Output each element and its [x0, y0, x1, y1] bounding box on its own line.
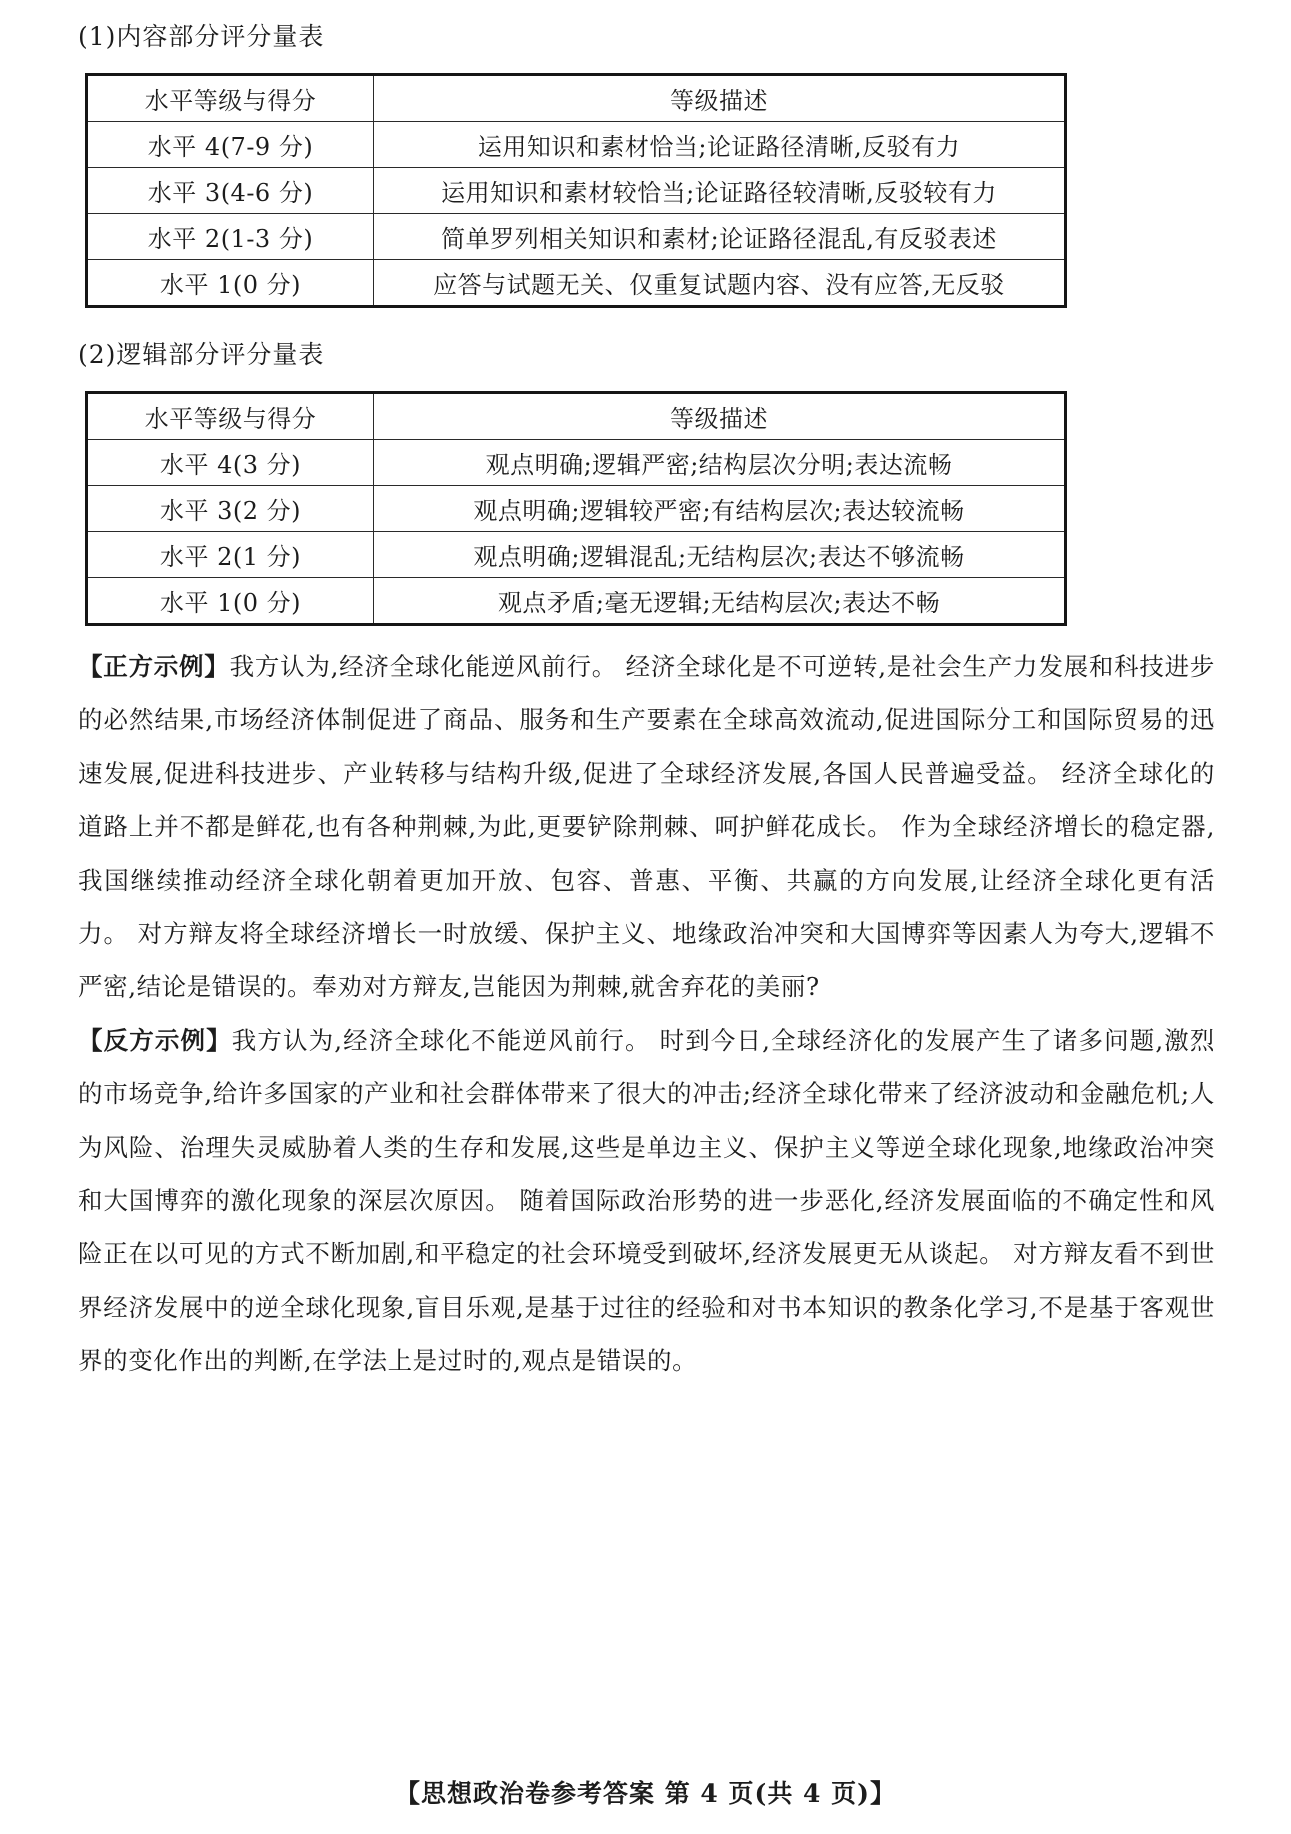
table-row: 水平 1(0 分) 观点矛盾;毫无逻辑;无结构层次;表达不畅 [87, 578, 1066, 625]
description-cell: 观点明确;逻辑较严密;有结构层次;表达较流畅 [374, 486, 1066, 532]
description-cell: 应答与试题无关、仅重复试题内容、没有应答,无反驳 [374, 260, 1066, 307]
logic-rubric-heading: (2)逻辑部分评分量表 [78, 339, 1215, 371]
description-cell: 观点矛盾;毫无逻辑;无结构层次;表达不畅 [374, 578, 1066, 625]
table-row: 水平 1(0 分) 应答与试题无关、仅重复试题内容、没有应答,无反驳 [87, 260, 1066, 307]
table-row: 水平 2(1 分) 观点明确;逻辑混乱;无结构层次;表达不够流畅 [87, 532, 1066, 578]
affirmative-sample-text: 我方认为,经济全球化能逆风前行。 经济全球化是不可逆转,是社会生产力发展和科技进… [78, 652, 1215, 1001]
level-cell: 水平 2(1-3 分) [87, 214, 374, 260]
affirmative-sample-paragraph: 【正方示例】我方认为,经济全球化能逆风前行。 经济全球化是不可逆转,是社会生产力… [78, 640, 1215, 1014]
content-rubric-table: 水平等级与得分 等级描述 水平 4(7-9 分) 运用知识和素材恰当;论证路径清… [85, 73, 1067, 308]
level-cell: 水平 1(0 分) [87, 578, 374, 625]
table-row: 水平 3(2 分) 观点明确;逻辑较严密;有结构层次;表达较流畅 [87, 486, 1066, 532]
level-cell: 水平 4(3 分) [87, 440, 374, 486]
table-row: 水平 4(7-9 分) 运用知识和素材恰当;论证路径清晰,反驳有力 [87, 122, 1066, 168]
negative-sample-text: 我方认为,经济全球化不能逆风前行。 时到今日,全球经济化的发展产生了诸多问题,激… [78, 1026, 1215, 1375]
level-cell: 水平 4(7-9 分) [87, 122, 374, 168]
content-rubric-heading: (1)内容部分评分量表 [78, 21, 1215, 53]
grade-description-header: 等级描述 [374, 75, 1066, 122]
answer-sheet-page: (1)内容部分评分量表 水平等级与得分 等级描述 水平 4(7-9 分) 运用知… [0, 0, 1291, 1834]
negative-sample-paragraph: 【反方示例】我方认为,经济全球化不能逆风前行。 时到今日,全球经济化的发展产生了… [78, 1014, 1215, 1388]
description-cell: 运用知识和素材较恰当;论证路径较清晰,反驳较有力 [374, 168, 1066, 214]
description-cell: 观点明确;逻辑严密;结构层次分明;表达流畅 [374, 440, 1066, 486]
level-cell: 水平 1(0 分) [87, 260, 374, 307]
level-score-header: 水平等级与得分 [87, 393, 374, 440]
page-content: (1)内容部分评分量表 水平等级与得分 等级描述 水平 4(7-9 分) 运用知… [78, 0, 1215, 1388]
description-cell: 观点明确;逻辑混乱;无结构层次;表达不够流畅 [374, 532, 1066, 578]
table-row: 水平 2(1-3 分) 简单罗列相关知识和素材;论证路径混乱,有反驳表述 [87, 214, 1066, 260]
affirmative-sample-label: 【正方示例】 [78, 652, 230, 681]
page-footer: 【思想政治卷参考答案 第 4 页(共 4 页)】 [0, 1774, 1291, 1810]
table-row: 水平 3(4-6 分) 运用知识和素材较恰当;论证路径较清晰,反驳较有力 [87, 168, 1066, 214]
negative-sample-label: 【反方示例】 [78, 1026, 232, 1055]
description-cell: 运用知识和素材恰当;论证路径清晰,反驳有力 [374, 122, 1066, 168]
table-row: 水平 4(3 分) 观点明确;逻辑严密;结构层次分明;表达流畅 [87, 440, 1066, 486]
sample-answers: 【正方示例】我方认为,经济全球化能逆风前行。 经济全球化是不可逆转,是社会生产力… [78, 640, 1215, 1388]
logic-rubric-table: 水平等级与得分 等级描述 水平 4(3 分) 观点明确;逻辑严密;结构层次分明;… [85, 391, 1067, 626]
level-cell: 水平 2(1 分) [87, 532, 374, 578]
description-cell: 简单罗列相关知识和素材;论证路径混乱,有反驳表述 [374, 214, 1066, 260]
level-score-header: 水平等级与得分 [87, 75, 374, 122]
table-header-row: 水平等级与得分 等级描述 [87, 75, 1066, 122]
grade-description-header: 等级描述 [374, 393, 1066, 440]
level-cell: 水平 3(2 分) [87, 486, 374, 532]
table-header-row: 水平等级与得分 等级描述 [87, 393, 1066, 440]
level-cell: 水平 3(4-6 分) [87, 168, 374, 214]
